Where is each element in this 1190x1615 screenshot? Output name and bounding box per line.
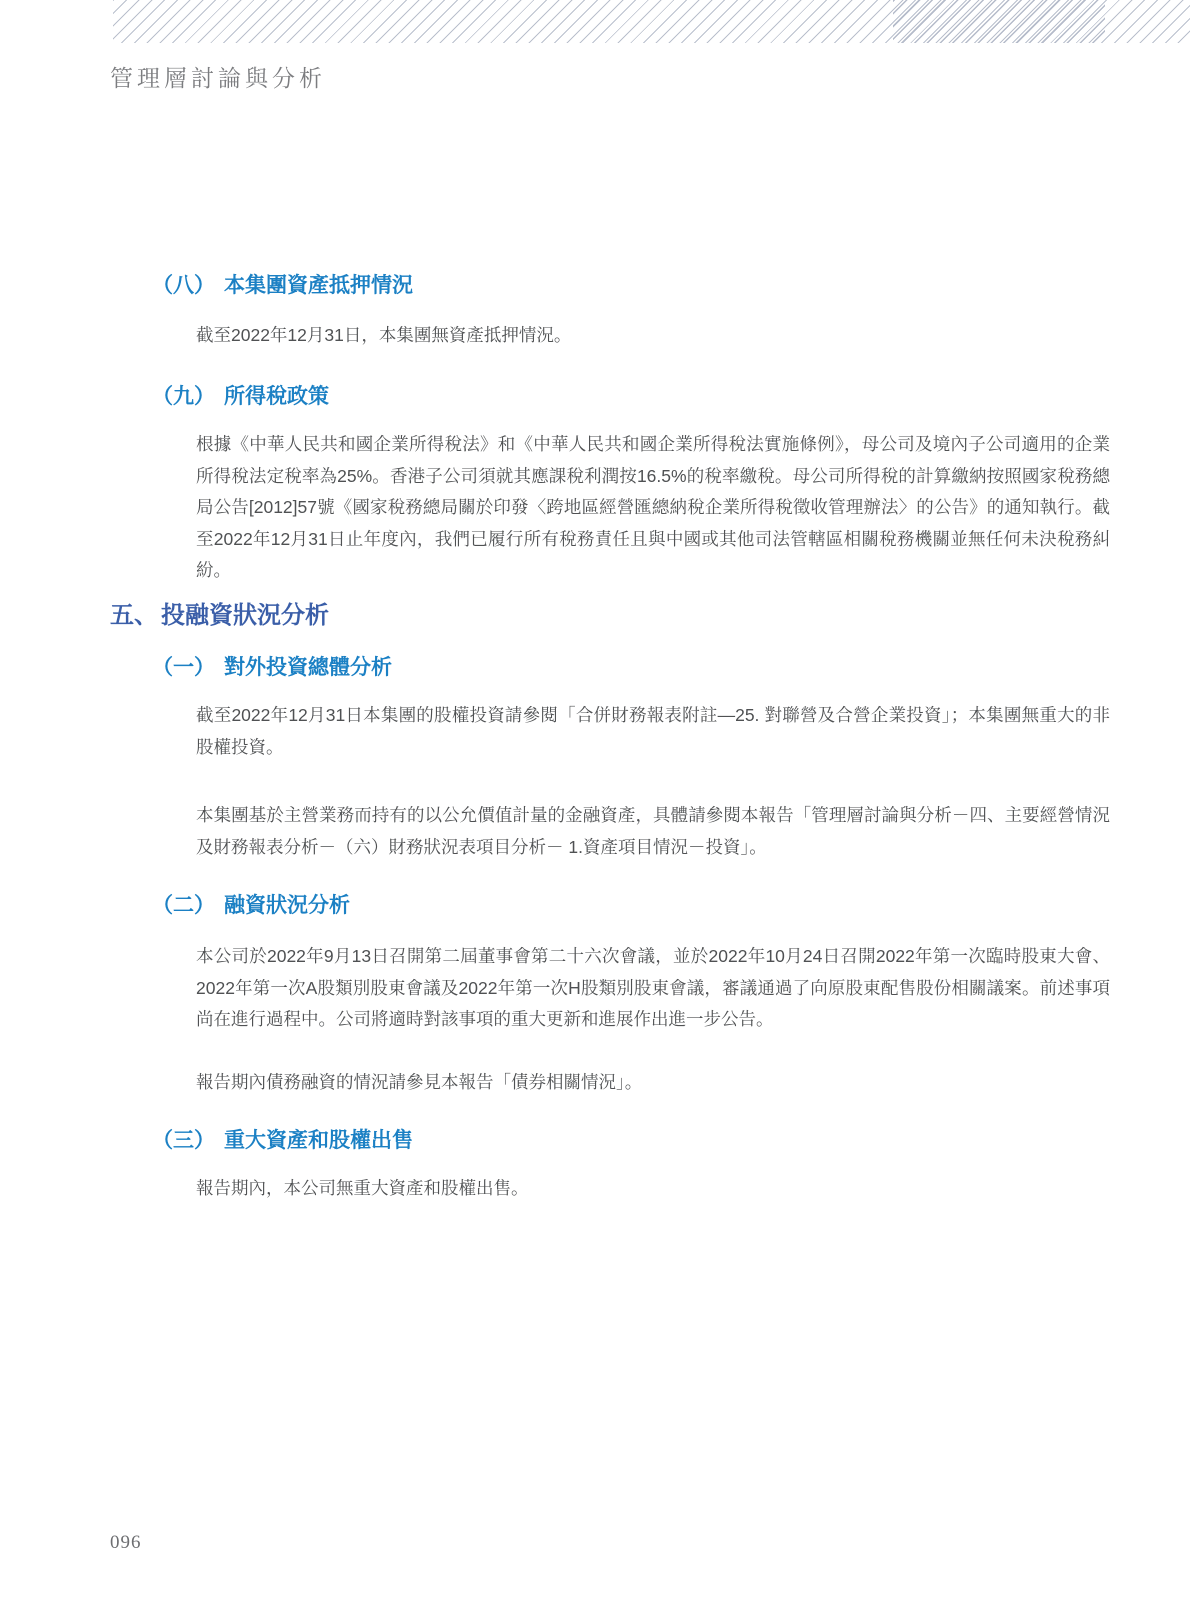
hatched-banner-pattern — [113, 0, 1190, 43]
chapter-heading-5-title: 投融資狀況分析 — [161, 602, 329, 629]
section-heading-8-number: （八） — [152, 274, 215, 297]
section-8-paragraph: 截至2022年12月31日，本集團無資產抵押情況。 — [196, 320, 1110, 352]
section-heading-5-1-title: 對外投資總體分析 — [224, 656, 392, 679]
section-9-paragraph: 根據《中華人民共和國企業所得稅法》和《中華人民共和國企業所得稅法實施條例》，母公… — [196, 429, 1110, 587]
section-5-2-paragraph-2: 報告期內債務融資的情況請參見本報告「債券相關情況」。 — [196, 1067, 1110, 1099]
section-heading-5-1: （一）對外投資總體分析 — [152, 653, 392, 683]
section-heading-8: （八）本集團資產抵押情況 — [152, 271, 413, 301]
section-5-2-paragraph-1: 本公司於2022年9月13日召開第二屆董事會第二十六次會議，並於2022年10月… — [196, 941, 1110, 1036]
section-heading-8-title: 本集團資產抵押情況 — [224, 274, 413, 297]
report-page: 管理層討論與分析 （八）本集團資產抵押情況 截至2022年12月31日，本集團無… — [0, 0, 1190, 1615]
chapter-heading-5-number: 五、 — [110, 602, 158, 629]
section-heading-9: （九）所得稅政策 — [152, 382, 329, 412]
page-header-title: 管理層討論與分析 — [110, 60, 326, 93]
section-heading-5-1-number: （一） — [152, 656, 215, 679]
section-heading-5-2-number: （二） — [152, 894, 215, 917]
section-heading-5-3-number: （三） — [152, 1129, 215, 1152]
section-heading-5-3-title: 重大資產和股權出售 — [224, 1129, 413, 1152]
page-number: 096 — [110, 1532, 142, 1554]
section-heading-5-2-title: 融資狀況分析 — [224, 894, 350, 917]
chapter-heading-5: 五、投融資狀況分析 — [110, 600, 329, 632]
section-5-1-paragraph-2: 本集團基於主營業務而持有的以公允價值計量的金融資產，具體請參閱本報告「管理層討論… — [196, 800, 1110, 863]
section-5-3-paragraph: 報告期內，本公司無重大資產和股權出售。 — [196, 1173, 1110, 1205]
hatched-banner-dense-patch — [893, 0, 1105, 43]
section-heading-9-title: 所得稅政策 — [224, 385, 329, 408]
section-heading-9-number: （九） — [152, 385, 215, 408]
section-heading-5-3: （三）重大資產和股權出售 — [152, 1126, 413, 1156]
section-5-1-paragraph-1: 截至2022年12月31日本集團的股權投資請參閱「合併財務報表附註—25. 對聯… — [196, 700, 1110, 763]
section-heading-5-2: （二）融資狀況分析 — [152, 891, 350, 921]
